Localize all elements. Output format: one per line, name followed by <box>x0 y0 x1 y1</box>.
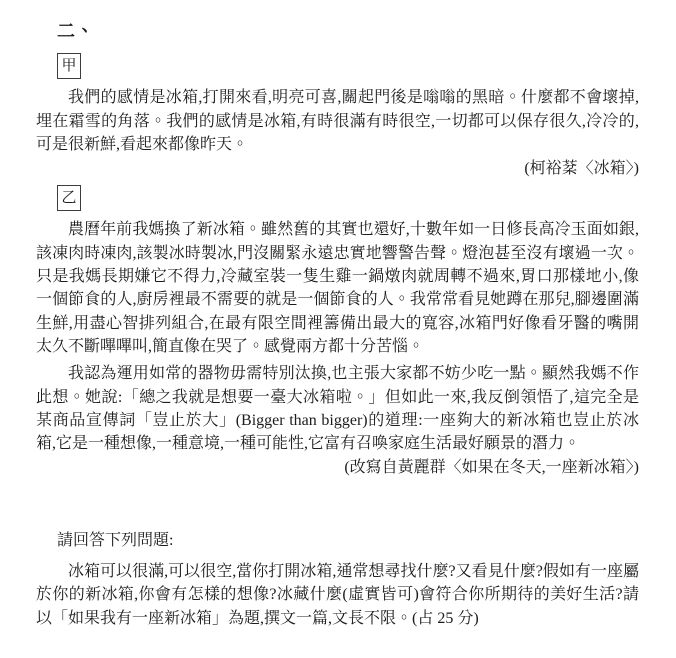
passage-b-paragraph-1: 農曆年前我媽換了新冰箱。雖然舊的其實也還好,十數年如一日修長高冷玉面如銀,該凍肉… <box>36 218 639 358</box>
section-heading: 二、 <box>57 20 639 43</box>
passage-b-paragraph-2: 我認為運用如常的器物毋需特別汰換,也主張大家都不妨少吃一點。顯然我媽不作此想。她… <box>36 362 639 455</box>
question-prompt: 請回答下列問題: <box>57 529 639 552</box>
passage-b-label: 乙 <box>61 190 76 206</box>
passage-b-label-box: 乙 <box>57 185 81 211</box>
passage-a-attribution: (柯裕棻〈冰箱〉) <box>36 157 639 180</box>
question-text: 冰箱可以很滿,可以很空,當你打開冰箱,通常想尋找什麼?又看見什麼?假如有一座屬於… <box>36 560 639 630</box>
passage-b-attribution: (改寫自黃麗群〈如果在冬天,一座新冰箱〉) <box>36 456 639 479</box>
passage-a: 甲 我們的感情是冰箱,打開來看,明亮可喜,關起門後是嗡嗡的黑暗。什麼都不會壞掉,… <box>36 53 639 180</box>
passage-b: 乙 農曆年前我媽換了新冰箱。雖然舊的其實也還好,十數年如一日修長高冷玉面如銀,該… <box>36 185 639 479</box>
question-block: 冰箱可以很滿,可以很空,當你打開冰箱,通常想尋找什麼?又看見什麼?假如有一座屬於… <box>36 560 639 630</box>
passage-a-label-box: 甲 <box>57 53 81 79</box>
passage-a-label: 甲 <box>61 58 76 74</box>
passage-a-paragraph: 我們的感情是冰箱,打開來看,明亮可喜,關起門後是嗡嗡的黑暗。什麼都不會壞掉,埋在… <box>36 86 639 156</box>
document-page: 二、 甲 我們的感情是冰箱,打開來看,明亮可喜,關起門後是嗡嗡的黑暗。什麼都不會… <box>0 0 676 658</box>
